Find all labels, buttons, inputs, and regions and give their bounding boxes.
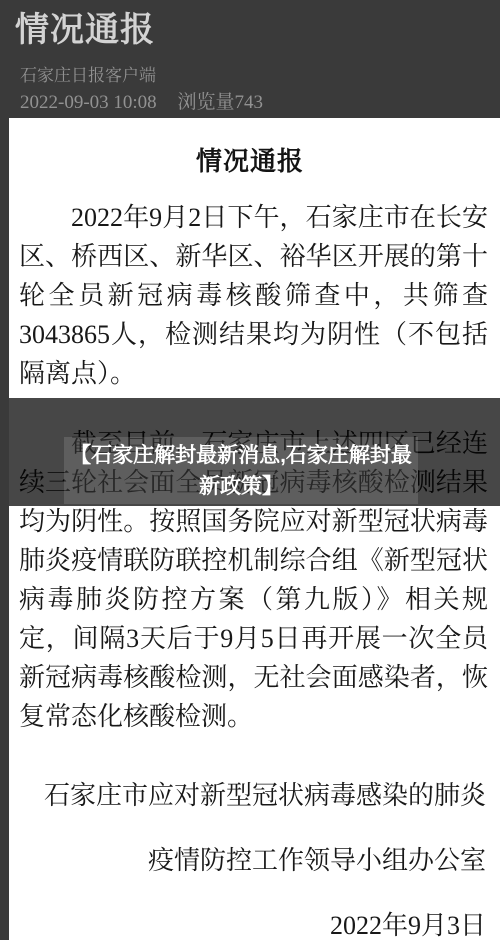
signature-line-2: 疫情防控工作领导小组办公室 [148, 840, 486, 877]
signature-date: 2022年9月3日 [330, 905, 486, 940]
article-paragraph: 2022年9月2日下午，石家庄市在长安区、桥西区、新华区、裕华区开展的第十轮全员… [19, 198, 488, 393]
app-header: 情况通报 石家庄日报客户端 2022-09-03 10:08 浏览量743 [0, 0, 500, 118]
article-meta: 2022-09-03 10:08 浏览量743 [20, 87, 263, 114]
caption-overlay: 【石家庄解封最新消息,石家庄解封最新政策】 [64, 437, 418, 504]
page-title: 情况通报 [15, 2, 155, 51]
left-edge-strip [0, 0, 9, 940]
signature-line-1: 石家庄市应对新型冠状病毒感染的肺炎 [44, 775, 486, 812]
view-count: 浏览量743 [177, 92, 263, 113]
article-title: 情况通报 [0, 141, 500, 178]
caption-text: 【石家庄解封最新消息,石家庄解封最新政策】 [68, 440, 414, 502]
publish-date: 2022-09-03 10:08 [20, 92, 157, 113]
article-source: 石家庄日报客户端 [20, 61, 156, 86]
